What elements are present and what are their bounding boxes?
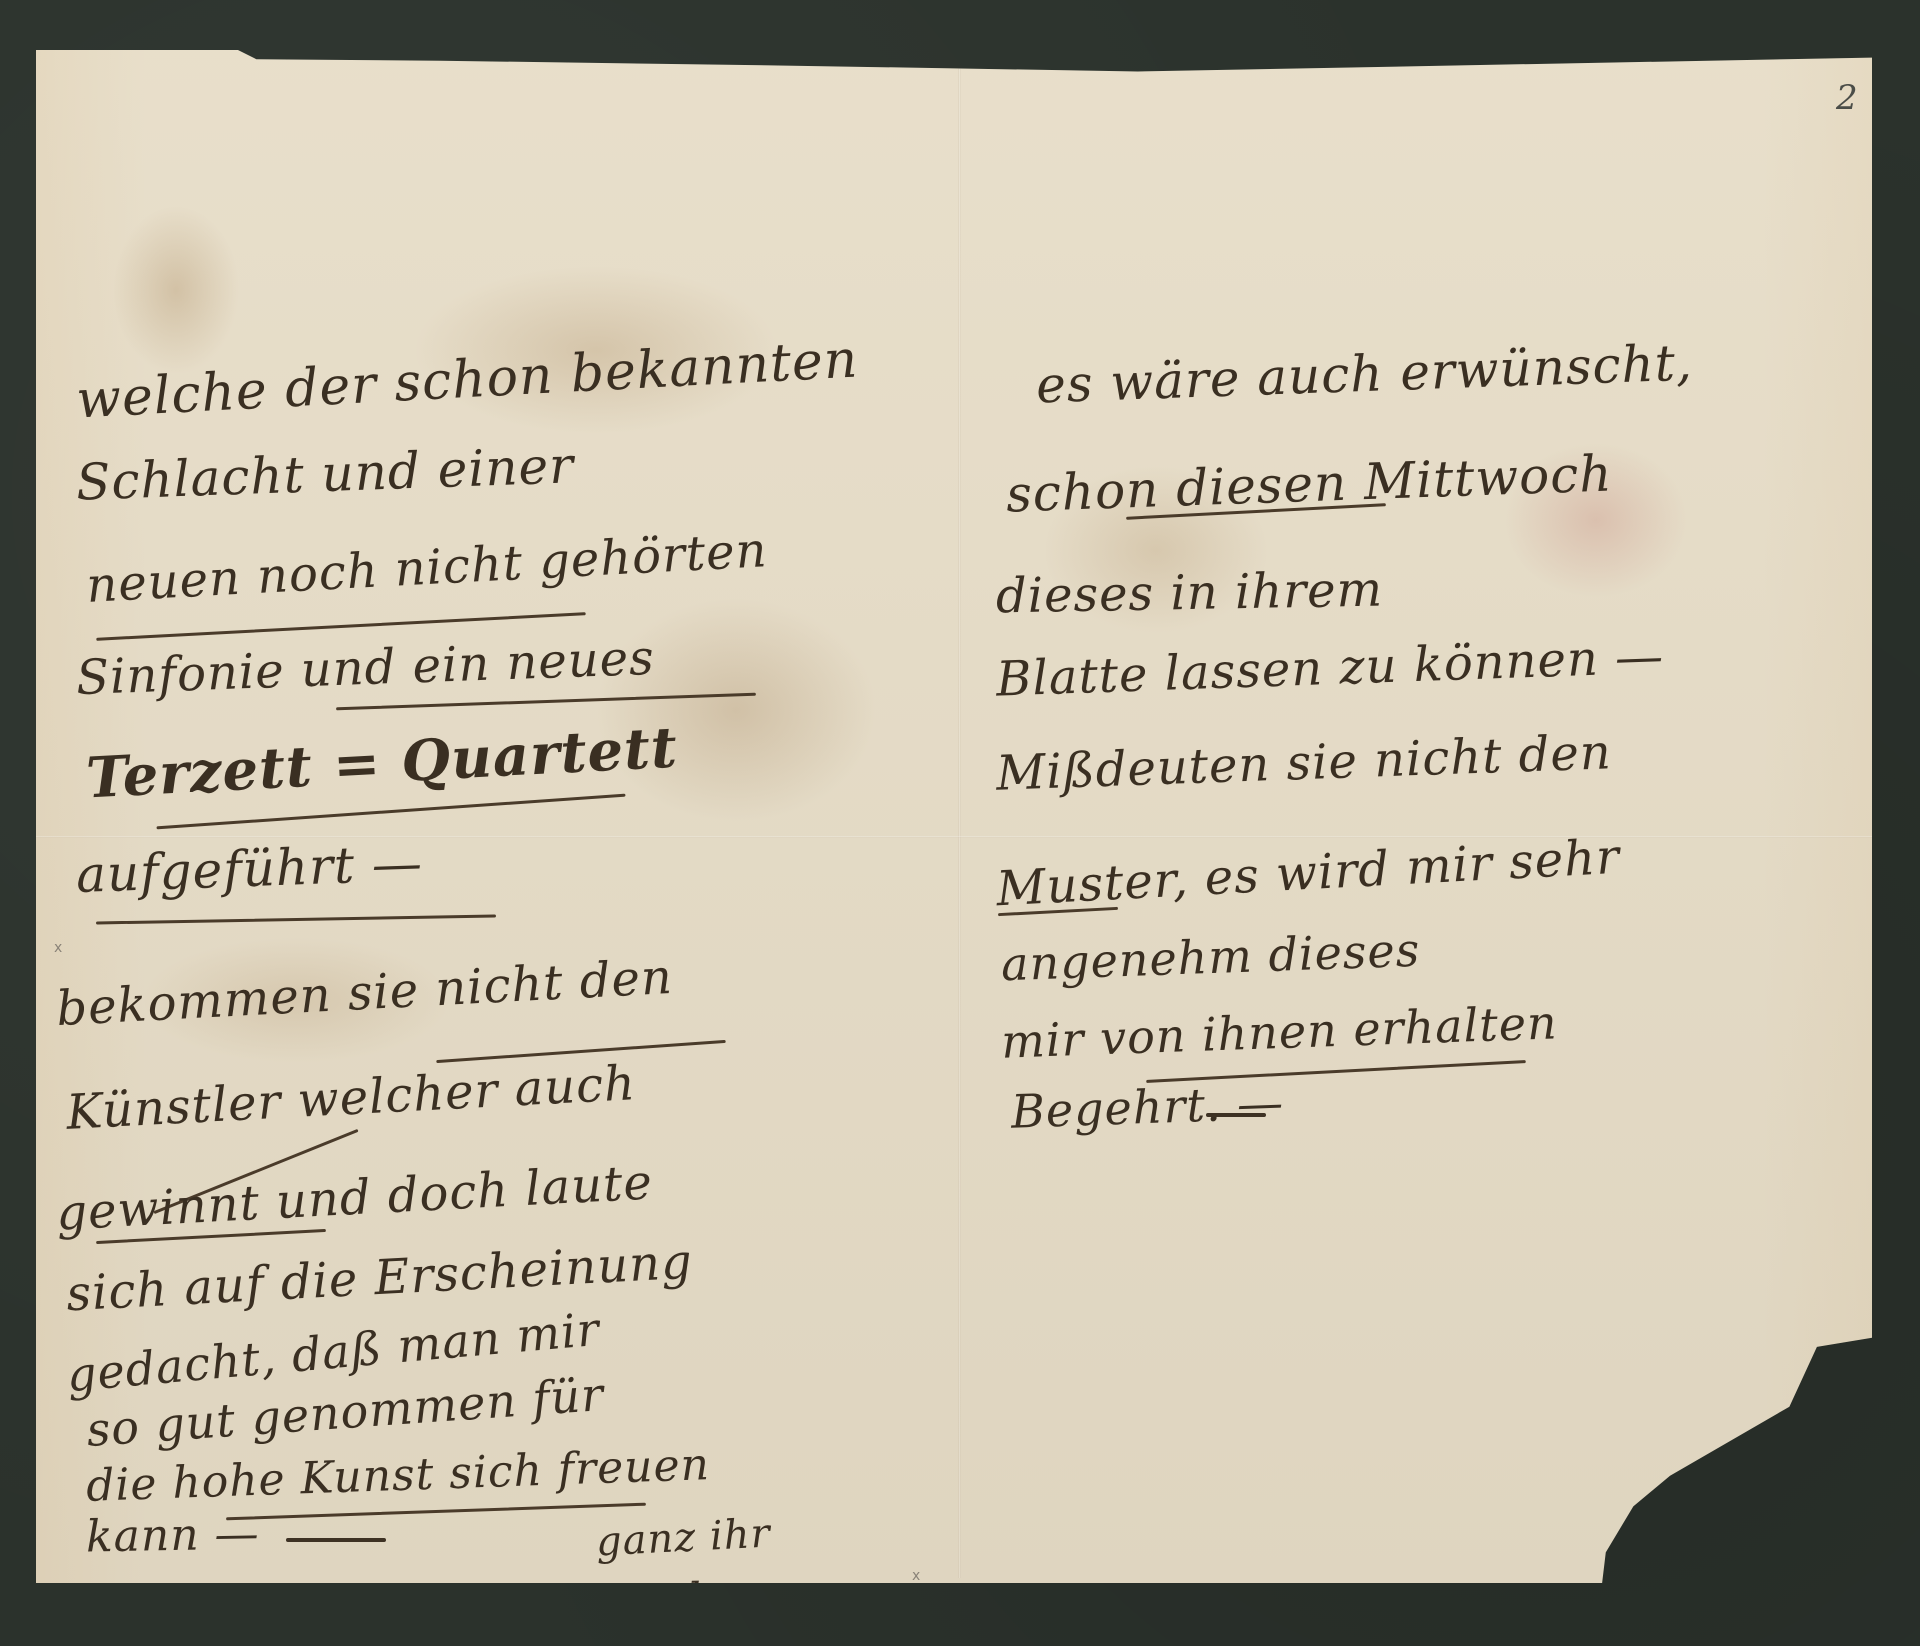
handwritten-line: Künstler welcher auch: [65, 1055, 637, 1141]
handwritten-line: Begehrt. —: [1010, 1075, 1285, 1138]
handwritten-line: aufgeführt —: [75, 834, 424, 904]
handwritten-line: Schlacht und einer: [75, 436, 575, 511]
vertical-fold-line: [958, 58, 961, 1578]
underline: [336, 693, 756, 711]
handwritten-line: dieses in ihrem: [996, 562, 1384, 625]
handwritten-line: sich auf die Erscheinung: [65, 1234, 694, 1323]
pencil-mark: x: [912, 1568, 920, 1584]
handwritten-line: Sinfonie und ein neues: [75, 630, 655, 706]
handwritten-line: neuen noch nicht gehörten: [85, 522, 769, 614]
handwritten-line: angenehm dieses: [1000, 923, 1421, 992]
handwritten-line: Blatte lassen zu können —: [995, 628, 1665, 707]
handwritten-line: mir von ihnen erhalten: [1000, 995, 1558, 1068]
dash-stroke: [286, 1538, 386, 1542]
underline: [96, 915, 496, 925]
handwritten-line: Muster, es wird mir sehr: [995, 829, 1621, 918]
handwritten-line: schon diesen Mittwoch: [1005, 444, 1613, 523]
handwritten-line: bekommen sie nicht den: [55, 949, 674, 1037]
underline: [226, 1503, 646, 1521]
handwritten-line: kann —: [86, 1508, 260, 1562]
handwritten-line: Mißdeuten sie nicht den: [995, 724, 1612, 801]
handwritten-line: welche der schon bekannten: [75, 330, 860, 431]
pencil-mark: x: [54, 940, 62, 956]
handwritten-line: es wäre auch erwünscht,: [1035, 334, 1693, 415]
letter-page: 2 welche der schon bekannten Schlacht un…: [36, 50, 1872, 1583]
signature: Beethoven: [591, 1573, 815, 1623]
handwritten-line: gewinnt und doch laute: [55, 1154, 654, 1241]
dash-stroke: [1206, 1113, 1266, 1117]
closing-line: ganz ihr: [595, 1510, 772, 1565]
page-number: 2: [1836, 78, 1858, 118]
